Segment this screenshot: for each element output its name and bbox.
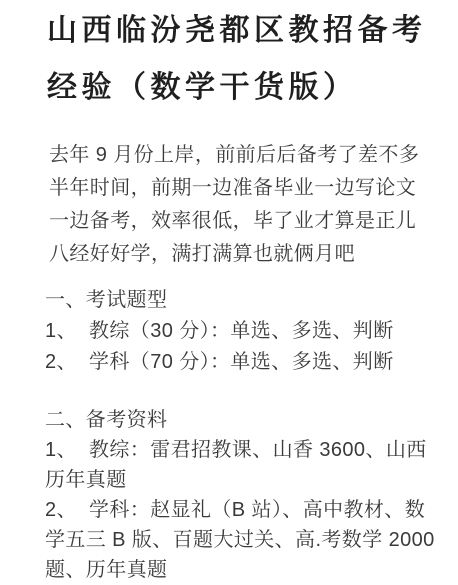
title-line-2: 经验（数学干货版） bbox=[47, 59, 448, 116]
section-heading-exam-types: 一、考试题型 bbox=[45, 285, 448, 316]
list-item-number: 1、 bbox=[45, 316, 89, 347]
list-item-number: 1、 bbox=[45, 435, 89, 465]
list-item-number: 2、 bbox=[45, 347, 89, 378]
document-page: 山西临汾尧都区教招备考 经验（数学干货版） 去年 9 月份上岸，前前后后备考了差… bbox=[0, 0, 458, 585]
list-item-text: 教综：雷君招教课、山香 3600、山西 bbox=[89, 439, 427, 461]
intro-line-1: 去年 9 月份上岸，前前后后备考了差不多 bbox=[49, 139, 448, 172]
intro-line-4: 八经好好学，满打满算也就俩月吧 bbox=[49, 238, 448, 271]
list-item-continuation: 历年真题 bbox=[45, 465, 448, 495]
intro-line-2: 半年时间，前期一边准备毕业一边写论文 bbox=[49, 172, 448, 205]
list-item-text: 学科（70 分）：单选、多选、判断 bbox=[89, 351, 394, 373]
section-materials: 二、备考资料 1、教综：雷君招教课、山香 3600、山西 历年真题 2、学科：赵… bbox=[45, 405, 448, 585]
title-line-1: 山西临汾尧都区教招备考 bbox=[47, 2, 448, 59]
document-title: 山西临汾尧都区教招备考 经验（数学干货版） bbox=[47, 2, 448, 116]
intro-paragraph: 去年 9 月份上岸，前前后后备考了差不多 半年时间，前期一边准备毕业一边写论文 … bbox=[49, 139, 448, 271]
list-item: 1、教综（30 分）：单选、多选、判断 bbox=[45, 316, 448, 347]
list-item: 1、教综：雷君招教课、山香 3600、山西 bbox=[45, 435, 448, 465]
section-heading-materials: 二、备考资料 bbox=[45, 405, 448, 435]
list-item: 2、学科：赵显礼（B 站）、高中教材、数 bbox=[45, 495, 448, 525]
section-exam-types: 一、考试题型 1、教综（30 分）：单选、多选、判断 2、学科（70 分）：单选… bbox=[45, 285, 448, 378]
intro-line-3: 一边备考，效率很低，毕了业才算是正儿 bbox=[49, 205, 448, 238]
list-item-number: 2、 bbox=[45, 495, 89, 525]
list-item: 2、学科（70 分）：单选、多选、判断 bbox=[45, 347, 448, 378]
list-item-continuation: 学五三 B 版、百题大过关、高.考数学 2000 bbox=[45, 525, 448, 555]
list-item-text: 教综（30 分）：单选、多选、判断 bbox=[89, 320, 394, 342]
list-item-continuation: 题、历年真题 bbox=[45, 555, 448, 585]
list-item-text: 学科：赵显礼（B 站）、高中教材、数 bbox=[89, 499, 425, 521]
